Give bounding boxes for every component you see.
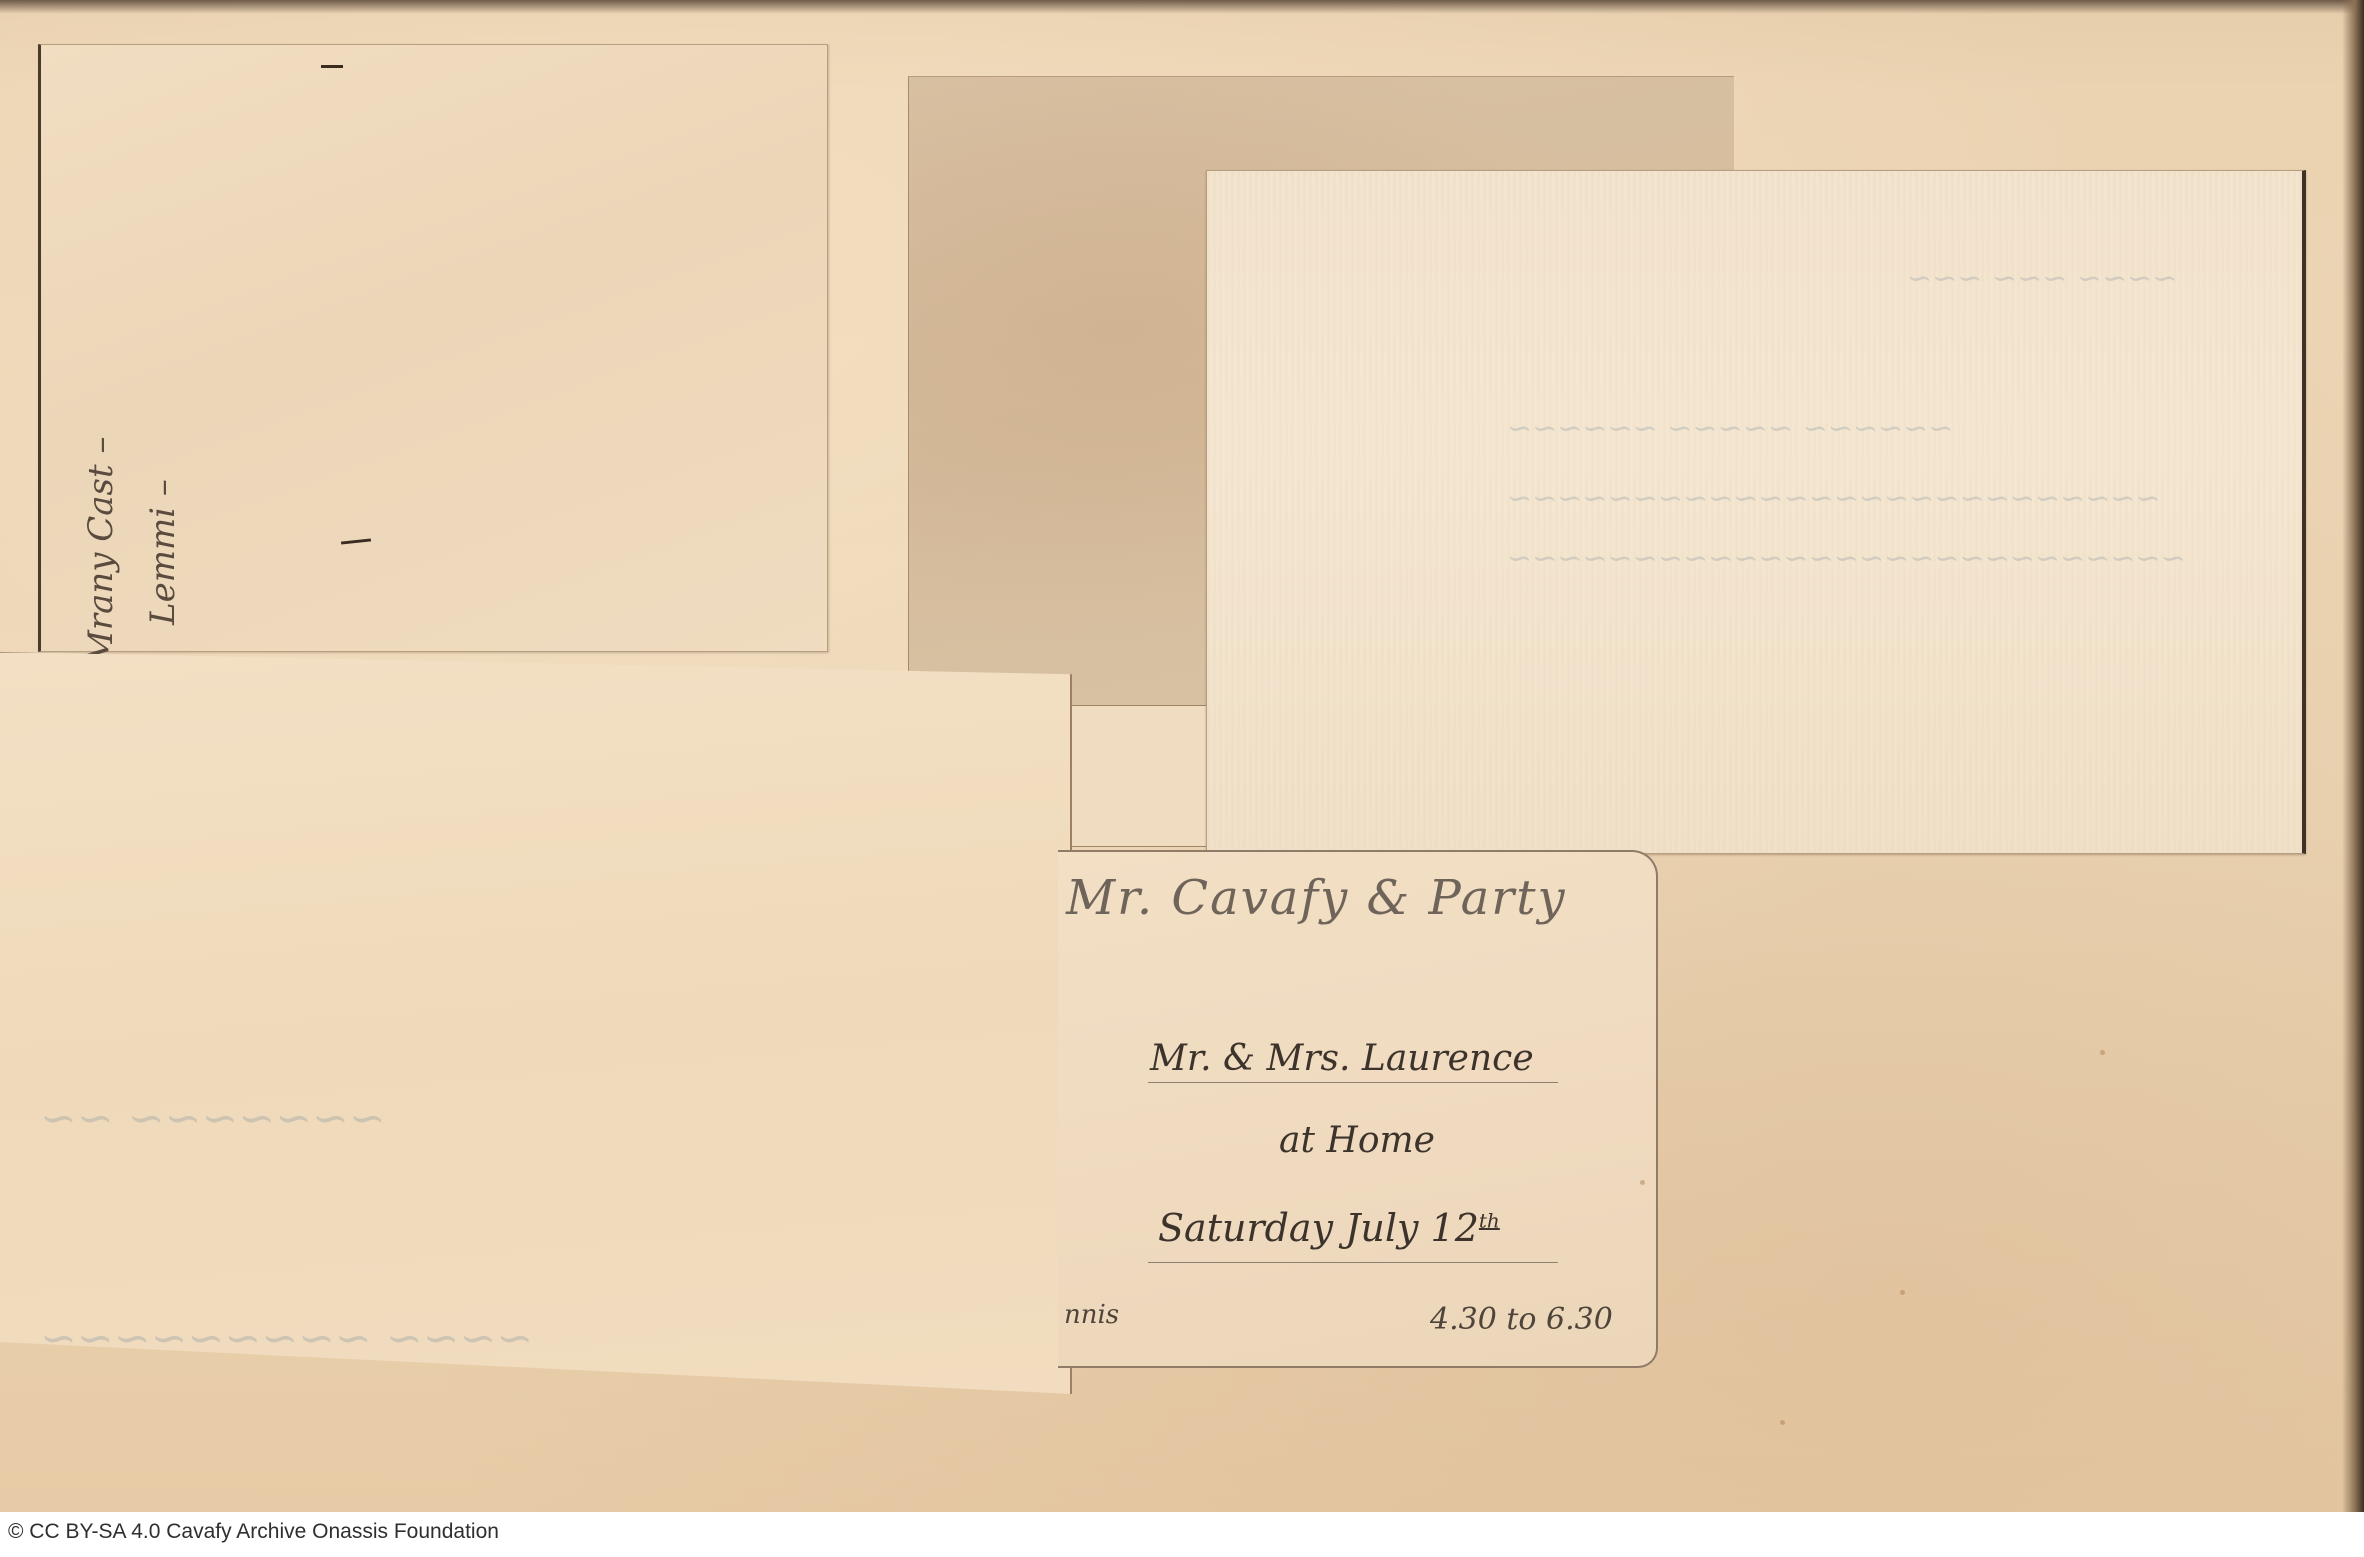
invitation-card: Mr. Cavafy & Party Mr. & Mrs. Laurence a… — [1058, 850, 1658, 1368]
invitation-time: 4.30 to 6.30 — [1430, 1302, 1613, 1337]
footer: © CC BY-SA 4.0 Cavafy Archive Onassis Fo… — [0, 1512, 2364, 1557]
ink-mark — [321, 65, 343, 68]
rotated-handwritten-notes: Mrany Cast – Lemmi – — [81, 345, 201, 665]
bleed-through-text: ~~~~~~ ~~~~~ ~~~~~~ — [1507, 411, 1953, 446]
bleed-through-text: ~~~~~~~~~~~~~~~~~~~~~~~~~~~ — [1507, 541, 2186, 576]
ruled-line — [1148, 1082, 1558, 1083]
foxing-spot — [1640, 1180, 1645, 1185]
invitation-date: Saturday July 12th — [1158, 1206, 1500, 1250]
handwritten-note: Lemmi – — [143, 479, 183, 625]
album-page: ~~~~ ~~~ ~~~ ~~~~~~ ~~~~~ ~~~~~~ ~~~~~~~… — [0, 0, 2364, 1512]
bleed-through-text: ~~~~ ~~~~~~~~~ — [40, 1313, 533, 1364]
ruled-line — [1148, 1262, 1558, 1263]
copyright-credit: © CC BY-SA 4.0 Cavafy Archive Onassis Fo… — [8, 1520, 499, 1544]
bottom-left-paper-sheet: ~~~~~~~ ~~ ~~~~ ~~~~~~~~~ — [0, 652, 1072, 1394]
top-left-paper-sheet: Mrany Cast – Lemmi – — [38, 44, 828, 652]
bleed-through-text: ~~~~ ~~~ ~~~ — [1907, 261, 2177, 296]
bleed-through-text: ~~~~~~~~~~~~~~~~~~~~~~~~~~ — [1507, 481, 2161, 516]
ink-mark — [341, 538, 371, 544]
invitation-host: Mr. & Mrs. Laurence — [1150, 1038, 1534, 1079]
foxing-spot — [1900, 1290, 1905, 1295]
invitation-date-suffix: th — [1479, 1208, 1500, 1232]
right-paper-sheet: ~~~~ ~~~ ~~~ ~~~~~~ ~~~~~ ~~~~~~ ~~~~~~~… — [1206, 170, 2306, 854]
invitation-date-text: Saturday July 12 — [1158, 1206, 1479, 1250]
invitation-header-note: Mr. Cavafy & Party — [1066, 870, 1567, 926]
bleed-through-text: ~~~~~~~ ~~ — [40, 1093, 386, 1144]
foxing-spot — [2100, 1050, 2105, 1055]
invitation-fragment-text: nnis — [1064, 1300, 1119, 1330]
foxing-spot — [1780, 1420, 1785, 1425]
small-paper-fragment — [1070, 705, 1208, 847]
handwritten-note: Mrany Cast – — [81, 437, 121, 665]
invitation-event: at Home — [1058, 1120, 1656, 1161]
